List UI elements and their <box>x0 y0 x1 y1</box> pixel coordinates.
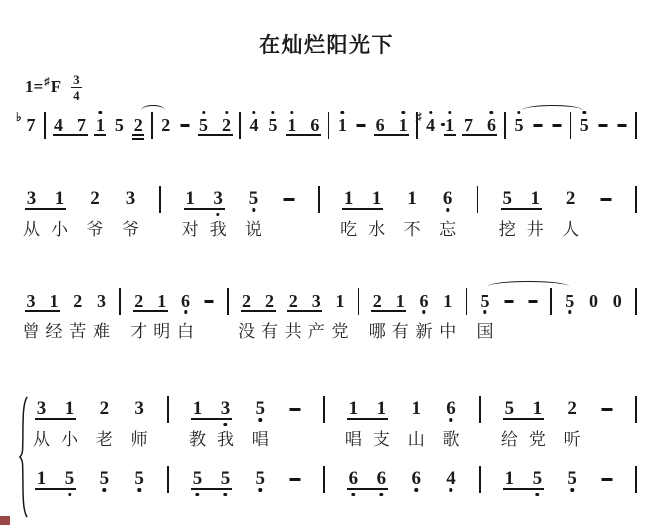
dash-mark <box>284 198 295 201</box>
note: 1教 <box>191 398 204 420</box>
note-group: 61 <box>374 114 409 136</box>
note-group <box>203 290 215 312</box>
barline <box>167 466 169 493</box>
note: 3爷 <box>124 188 137 210</box>
note-digit: 6 <box>347 468 360 490</box>
note: 2有 <box>264 290 276 312</box>
lyric-char: 党 <box>529 425 546 450</box>
note: 1 <box>397 114 409 136</box>
note-digit: 5 <box>501 188 514 210</box>
note-group: 5 <box>564 290 576 312</box>
note: 5 <box>267 114 279 136</box>
note-digit: 3 <box>96 290 108 312</box>
note-digit: 2 <box>221 114 233 136</box>
key-signature: 1=♯F 3 4 <box>25 74 653 100</box>
dash-mark <box>180 124 189 127</box>
lyric-char: 唱 <box>252 425 269 450</box>
note-digit: 5 <box>479 290 491 312</box>
lyric-char: 师 <box>131 425 148 450</box>
octave-dot-below <box>568 310 571 313</box>
note: 6 <box>410 468 423 490</box>
note-group: 0 <box>588 290 600 312</box>
note-digit: 2 <box>88 188 101 210</box>
barline <box>151 112 153 139</box>
note-group: 1 <box>94 114 106 136</box>
note-digit: 6 <box>441 188 454 210</box>
note-group: 5 <box>113 114 125 136</box>
note-digit: 1 <box>503 468 516 490</box>
note-digit: 3 <box>25 290 37 312</box>
note-digit: 3 <box>212 188 225 210</box>
octave-dot-below <box>196 493 199 496</box>
system: ♭7471522524516161♯417655 <box>25 114 637 144</box>
lyric-char: 忘 <box>439 215 456 240</box>
note-digit: 4 <box>53 114 65 136</box>
note: 1 <box>286 114 298 136</box>
note: 5 <box>531 468 544 490</box>
lyric-char: 中 <box>439 317 456 342</box>
note-group: 2哪1有 <box>371 290 406 312</box>
note-group <box>600 188 613 210</box>
note: 2共 <box>287 290 299 312</box>
barline <box>358 288 360 315</box>
note-digit: 5 <box>513 114 525 136</box>
note-digit: 5 <box>564 290 576 312</box>
note-digit: 3 <box>124 188 137 210</box>
note-digit: 1 <box>406 188 419 210</box>
note: 7 <box>462 114 474 136</box>
octave-dot-below <box>449 488 452 491</box>
beam-line <box>503 418 544 420</box>
note: 5 <box>219 468 232 490</box>
barline <box>504 112 506 139</box>
note-digit: 1 <box>191 398 204 420</box>
note-digit: 5 <box>63 468 76 490</box>
duration-dash <box>503 290 515 312</box>
barline <box>477 186 479 213</box>
beam-line <box>444 134 456 136</box>
beam-line <box>374 134 409 136</box>
octave-dot-below <box>252 208 255 211</box>
note-digit: 7 <box>25 114 37 136</box>
note: 6 <box>309 114 321 136</box>
note-group <box>289 468 302 490</box>
note-group: 47 <box>53 114 88 136</box>
note: 1支 <box>375 398 388 420</box>
note-digit: 7 <box>462 114 474 136</box>
note: 1井 <box>529 188 542 210</box>
octave-dot-below <box>483 310 486 313</box>
note-group: 5 <box>254 468 267 490</box>
note-digit: 5 <box>503 398 516 420</box>
note: 1 <box>503 468 516 490</box>
note: 3难 <box>96 290 108 312</box>
note: 6歌 <box>445 398 458 420</box>
note-group: 2才1明 <box>133 290 168 312</box>
note: 5给 <box>503 398 516 420</box>
note-group: 66 <box>347 468 388 490</box>
note-group: 6 <box>410 468 423 490</box>
key-prefix: 1= <box>25 77 43 97</box>
barline <box>119 288 121 315</box>
beam-line <box>287 310 322 312</box>
system: 3从1小2爷3爷1对3我5说1吃1水1不6忘5挖1井2人 <box>25 188 637 244</box>
barline <box>159 186 161 213</box>
note-group: 2苦 <box>72 290 84 312</box>
note-group: 1不 <box>406 188 419 210</box>
barline <box>635 466 637 493</box>
note-digit: 5 <box>578 114 590 136</box>
lyric-char: 新 <box>416 317 433 342</box>
barline <box>323 466 325 493</box>
lyric-char: 苦 <box>69 317 86 342</box>
lyric-char: 吃 <box>340 215 357 240</box>
barline <box>318 186 320 213</box>
lyric-char: 从 <box>33 425 50 450</box>
lyric-char: 教 <box>189 425 206 450</box>
score: ♭7471522524516161♯4176553从1小2爷3爷1对3我5说1吃… <box>25 114 637 498</box>
note-digit: 5 <box>247 188 260 210</box>
note-digit: 1 <box>48 290 60 312</box>
note-digit: 4 <box>445 468 458 490</box>
barline <box>466 288 468 315</box>
note: 2 <box>160 114 172 136</box>
beam-line <box>503 488 544 490</box>
note-digit: 4 <box>425 114 437 136</box>
note-group: 0 <box>611 290 623 312</box>
note-group: 5说 <box>247 188 260 210</box>
beam-line <box>184 208 225 210</box>
note: 2 <box>221 114 233 136</box>
lyric-char: 水 <box>368 215 385 240</box>
duration-dash <box>203 290 215 312</box>
dash-mark <box>552 124 561 127</box>
note-digit: 1 <box>394 290 406 312</box>
barline <box>239 112 241 139</box>
system-brace-icon <box>18 395 29 519</box>
note-digit: 1 <box>35 468 48 490</box>
note-group: 2 <box>132 114 144 136</box>
note: 2听 <box>566 398 579 420</box>
note: 5 <box>133 468 146 490</box>
beam-line <box>25 310 60 312</box>
lyric-char: 国 <box>477 317 494 342</box>
note-digit: 1 <box>286 114 298 136</box>
note: 3产 <box>310 290 322 312</box>
duration-dash <box>527 290 539 312</box>
note-digit: 5 <box>531 468 544 490</box>
note-digit: 6 <box>375 468 388 490</box>
note-group: 1山 <box>410 398 423 420</box>
barline <box>550 288 552 315</box>
note: 4 <box>53 114 65 136</box>
octave-dot-below <box>352 493 355 496</box>
note-digit: 1 <box>184 188 197 210</box>
beam-line <box>35 418 76 420</box>
note-group: 1党 <box>334 290 346 312</box>
beam-line <box>371 310 406 312</box>
note-group: 2人 <box>564 188 577 210</box>
octave-dot-below <box>68 493 71 496</box>
note-group <box>551 114 563 136</box>
note: 6 <box>374 114 386 136</box>
note-digit: 1 <box>63 398 76 420</box>
note-group: ♯4 <box>425 114 437 136</box>
lyric-char: 党 <box>332 317 349 342</box>
dash-mark <box>601 198 612 201</box>
lyric-char: 我 <box>217 425 234 450</box>
note: 1吃 <box>342 188 355 210</box>
barline <box>635 396 637 423</box>
note-group: 4 <box>248 114 260 136</box>
note-digit: 5 <box>219 468 232 490</box>
note-digit: 2 <box>566 398 579 420</box>
note-group <box>503 290 515 312</box>
octave-dot-below <box>184 310 187 313</box>
note: 1山 <box>410 398 423 420</box>
note-group: 2爷 <box>88 188 101 210</box>
music-line: 3从1小2爷3爷1对3我5说1吃1水1不6忘5挖1井2人 <box>25 188 637 244</box>
barline <box>323 396 325 423</box>
note: 1 <box>94 114 106 136</box>
note-digit: 1 <box>334 290 346 312</box>
barline <box>479 466 481 493</box>
note: 2人 <box>564 188 577 210</box>
note-digit: 2 <box>564 188 577 210</box>
note-digit: 2 <box>264 290 276 312</box>
note-digit: 1 <box>53 188 66 210</box>
note: 5说 <box>247 188 260 210</box>
dash-mark <box>290 478 301 481</box>
note-group: 5唱 <box>254 398 267 420</box>
note-group: 6新 <box>418 290 430 312</box>
duration-dash <box>600 468 613 490</box>
note-group: 5 <box>578 114 590 136</box>
beam-line <box>462 134 497 136</box>
note-group <box>600 468 613 490</box>
barline <box>635 112 637 139</box>
note: 1党 <box>531 398 544 420</box>
note-group: 3师 <box>133 398 146 420</box>
note: ♯4 <box>425 114 437 136</box>
note-group <box>179 114 191 136</box>
beam-line <box>132 134 144 136</box>
octave-dot-below <box>449 418 452 421</box>
note: 2没 <box>241 290 253 312</box>
note: 5 <box>198 114 210 136</box>
note: 1 <box>336 114 348 136</box>
beam-line <box>191 488 232 490</box>
note-digit: 2 <box>98 398 111 420</box>
duration-dash <box>283 188 296 210</box>
note-digit: 6 <box>485 114 497 136</box>
note: 5挖 <box>501 188 514 210</box>
note-group: 15 <box>503 468 544 490</box>
barline <box>635 186 637 213</box>
dash-mark <box>601 478 612 481</box>
note-digit: 2 <box>72 290 84 312</box>
note: 5 <box>113 114 125 136</box>
system: 3从1小2老3师1教3我5唱1唱1支1山6歌5给1党2听155555566641… <box>25 398 637 498</box>
beam-line <box>133 310 168 312</box>
lyric-char: 明 <box>153 317 170 342</box>
lyric-char: 唱 <box>345 425 362 450</box>
note: 5 <box>254 468 267 490</box>
sheet-music-page: 在灿烂阳光下 1=♯F 3 4 ♭7471522524516161♯417655… <box>0 0 653 526</box>
note: 1明 <box>156 290 168 312</box>
lyric-char: 经 <box>46 317 63 342</box>
note-digit: 2 <box>132 114 144 136</box>
note-group: 6白 <box>180 290 192 312</box>
tie-arc <box>141 105 165 116</box>
note: 2苦 <box>72 290 84 312</box>
lyric-char: 爷 <box>86 215 103 240</box>
note-digit: 0 <box>611 290 623 312</box>
note: 1 <box>35 468 48 490</box>
lyric-char: 挖 <box>499 215 516 240</box>
note: 4 <box>248 114 260 136</box>
note-group: 1对3我 <box>184 188 225 210</box>
note-digit: 1 <box>397 114 409 136</box>
note-digit: 1 <box>342 188 355 210</box>
lyric-char: 爷 <box>122 215 139 240</box>
lyric-char: 对 <box>182 215 199 240</box>
lyric-char: 说 <box>245 215 262 240</box>
note-group: 5 <box>513 114 525 136</box>
note: 1有 <box>394 290 406 312</box>
beam-line <box>198 134 233 136</box>
note-digit: 3 <box>35 398 48 420</box>
note-group: 1教3我 <box>191 398 232 420</box>
note: 2老 <box>98 398 111 420</box>
octave-dot-below <box>259 488 262 491</box>
note-digit: 6 <box>374 114 386 136</box>
note: 6新 <box>418 290 430 312</box>
page-title: 在灿烂阳光下 <box>0 0 653 59</box>
beam-line <box>94 134 106 136</box>
note-digit: 1 <box>531 398 544 420</box>
dash-mark <box>205 300 214 303</box>
note-group: 1吃1水 <box>342 188 383 210</box>
note: 1对 <box>184 188 197 210</box>
note: 5 <box>578 114 590 136</box>
lyric-char: 小 <box>51 215 68 240</box>
note-group: 5 <box>566 468 579 490</box>
note: 7 <box>76 114 88 136</box>
lyric-char: 不 <box>404 215 421 240</box>
note-digit: 1 <box>347 398 360 420</box>
beam-line <box>35 488 76 490</box>
music-line: 3从1小2老3师1教3我5唱1唱1支1山6歌5给1党2听 <box>35 398 637 454</box>
note-group: 2老 <box>98 398 111 420</box>
note: 1水 <box>370 188 383 210</box>
note-digit: 3 <box>219 398 232 420</box>
note-digit: 2 <box>160 114 172 136</box>
beam-line <box>25 208 66 210</box>
flat-sign-icon: ♭ <box>16 110 22 125</box>
octave-dot-below <box>414 488 417 491</box>
note-group: 1 <box>336 114 348 136</box>
note-digit: 5 <box>98 468 111 490</box>
lyric-char: 我 <box>210 215 227 240</box>
beam-line <box>347 418 388 420</box>
note: 5 <box>98 468 111 490</box>
note: 1小 <box>53 188 66 210</box>
dash-mark <box>504 300 513 303</box>
duration-dash <box>289 468 302 490</box>
note-group: 55 <box>191 468 232 490</box>
note-digit: 1 <box>529 188 542 210</box>
note-group: 3从1小 <box>25 188 66 210</box>
lyric-char: 哪 <box>369 317 386 342</box>
note-digit: 5 <box>566 468 579 490</box>
note: 3曾 <box>25 290 37 312</box>
note-digit: 1 <box>410 398 423 420</box>
note-group: 5 <box>98 468 111 490</box>
lyric-char: 给 <box>501 425 518 450</box>
note-group: 2 <box>160 114 172 136</box>
note: ♭7 <box>25 114 37 136</box>
note: 3师 <box>133 398 146 420</box>
lyric-char: 听 <box>564 425 581 450</box>
beam-line <box>501 208 542 210</box>
note-digit: 2 <box>371 290 383 312</box>
note-digit: 2 <box>241 290 253 312</box>
lyric-char: 产 <box>308 317 325 342</box>
octave-dot-below <box>137 488 140 491</box>
beam-line <box>286 134 321 136</box>
music-line: 3曾1经2苦3难2才1明6白2没2有2共3产1党2哪1有6新1中5国500 <box>25 290 637 346</box>
note: 6 <box>375 468 388 490</box>
octave-dot-below <box>103 488 106 491</box>
dash-mark <box>533 124 542 127</box>
note: 4 <box>445 468 458 490</box>
note-group: 76 <box>462 114 497 136</box>
duration-dash <box>551 114 563 136</box>
music-line: 15555556664155 <box>35 468 637 498</box>
note-digit: 5 <box>113 114 125 136</box>
octave-dot-below <box>536 493 539 496</box>
time-signature: 3 4 <box>71 73 82 102</box>
note-group <box>616 114 628 136</box>
note: 6忘 <box>441 188 454 210</box>
note-digit: 0 <box>588 290 600 312</box>
note: 6白 <box>180 290 192 312</box>
note-group: 15 <box>35 468 76 490</box>
note-group <box>289 398 302 420</box>
note-digit: 5 <box>254 468 267 490</box>
note-group: 2听 <box>566 398 579 420</box>
note: 3从 <box>35 398 48 420</box>
note-digit: 6 <box>418 290 430 312</box>
note-digit: 1 <box>375 398 388 420</box>
duration-dash <box>600 188 613 210</box>
note: 6 <box>485 114 497 136</box>
lyric-char: 有 <box>261 317 278 342</box>
note-digit: 1 <box>94 114 106 136</box>
note: 1党 <box>334 290 346 312</box>
note-digit: 5 <box>198 114 210 136</box>
barline <box>44 112 46 139</box>
note-group: 6忘 <box>441 188 454 210</box>
note: 2爷 <box>88 188 101 210</box>
note-group: 3爷 <box>124 188 137 210</box>
note-group: 4 <box>445 468 458 490</box>
note-group: 2共3产 <box>287 290 322 312</box>
lyric-char: 人 <box>562 215 579 240</box>
note-group: 6歌 <box>445 398 458 420</box>
tie-arc <box>488 281 569 292</box>
